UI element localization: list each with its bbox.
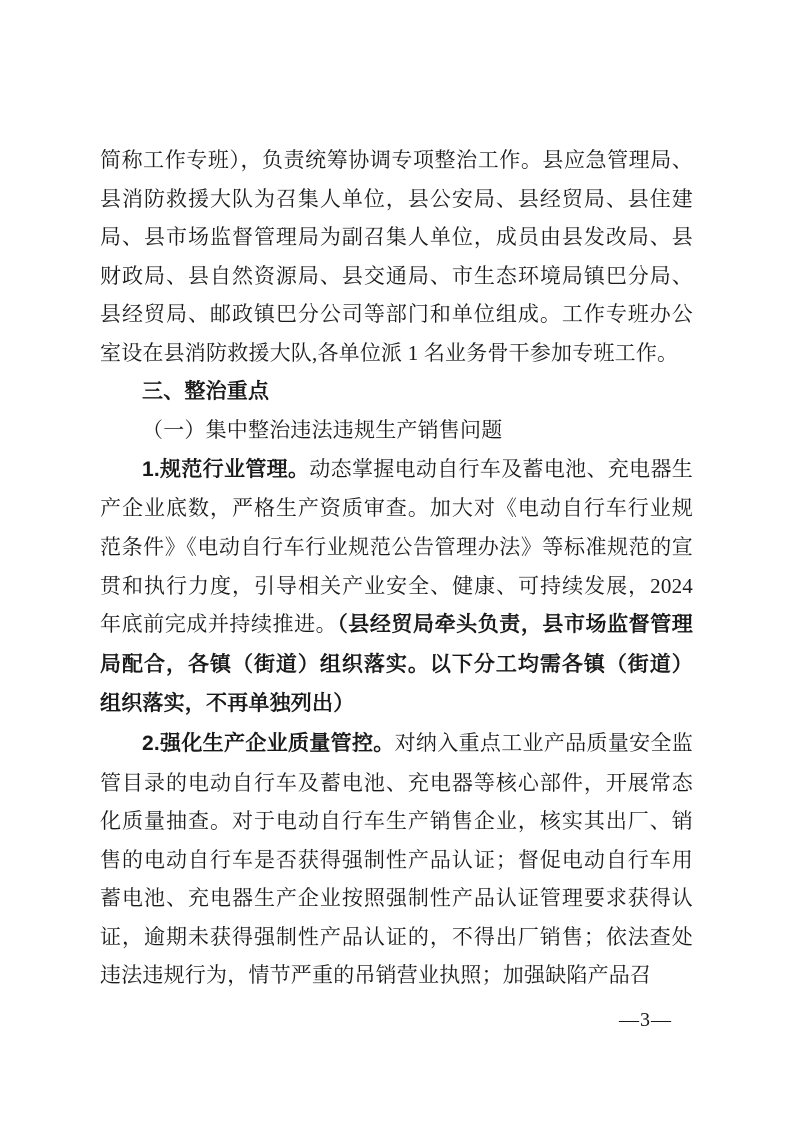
- heading-text: 三、整治重点: [142, 380, 269, 403]
- item-2-title: 2.强化生产企业质量管控。: [142, 732, 395, 755]
- item-2-body: 对纳入重点工业产品质量安全监管目录的电动自行车及蓄电池、充电器等核心部件，开展常…: [100, 731, 693, 988]
- item-1-body: 动态掌握电动自行车及蓄电池、充电器生产企业底数，严格生产资质审查。加大对《电动自…: [100, 457, 693, 636]
- subheading-text: （一）集中整治违法违规生产销售问题: [142, 418, 502, 442]
- section-heading: 三、整治重点: [100, 373, 693, 412]
- paragraph-item-2: 2.强化生产企业质量管控。对纳入重点工业产品质量安全监管目录的电动自行车及蓄电池…: [100, 724, 693, 995]
- subsection-heading: （一）集中整治违法违规生产销售问题: [100, 411, 693, 450]
- item-1-title: 1.规范行业管理。: [142, 458, 309, 481]
- page-number: —3—: [619, 1008, 672, 1032]
- document-body: 简称工作专班），负责统筹协调专项整治工作。县应急管理局、县消防救援大队为召集人单…: [100, 141, 693, 995]
- paragraph-text: 简称工作专班），负责统筹协调专项整治工作。县应急管理局、县消防救援大队为召集人单…: [100, 148, 693, 365]
- paragraph-intro-continuation: 简称工作专班），负责统筹协调专项整治工作。县应急管理局、县消防救援大队为召集人单…: [100, 141, 693, 373]
- paragraph-item-1: 1.规范行业管理。动态掌握电动自行车及蓄电池、充电器生产企业底数，严格生产资质审…: [100, 450, 693, 724]
- document-page: 简称工作专班），负责统筹协调专项整治工作。县应急管理局、县消防救援大队为召集人单…: [0, 0, 793, 1122]
